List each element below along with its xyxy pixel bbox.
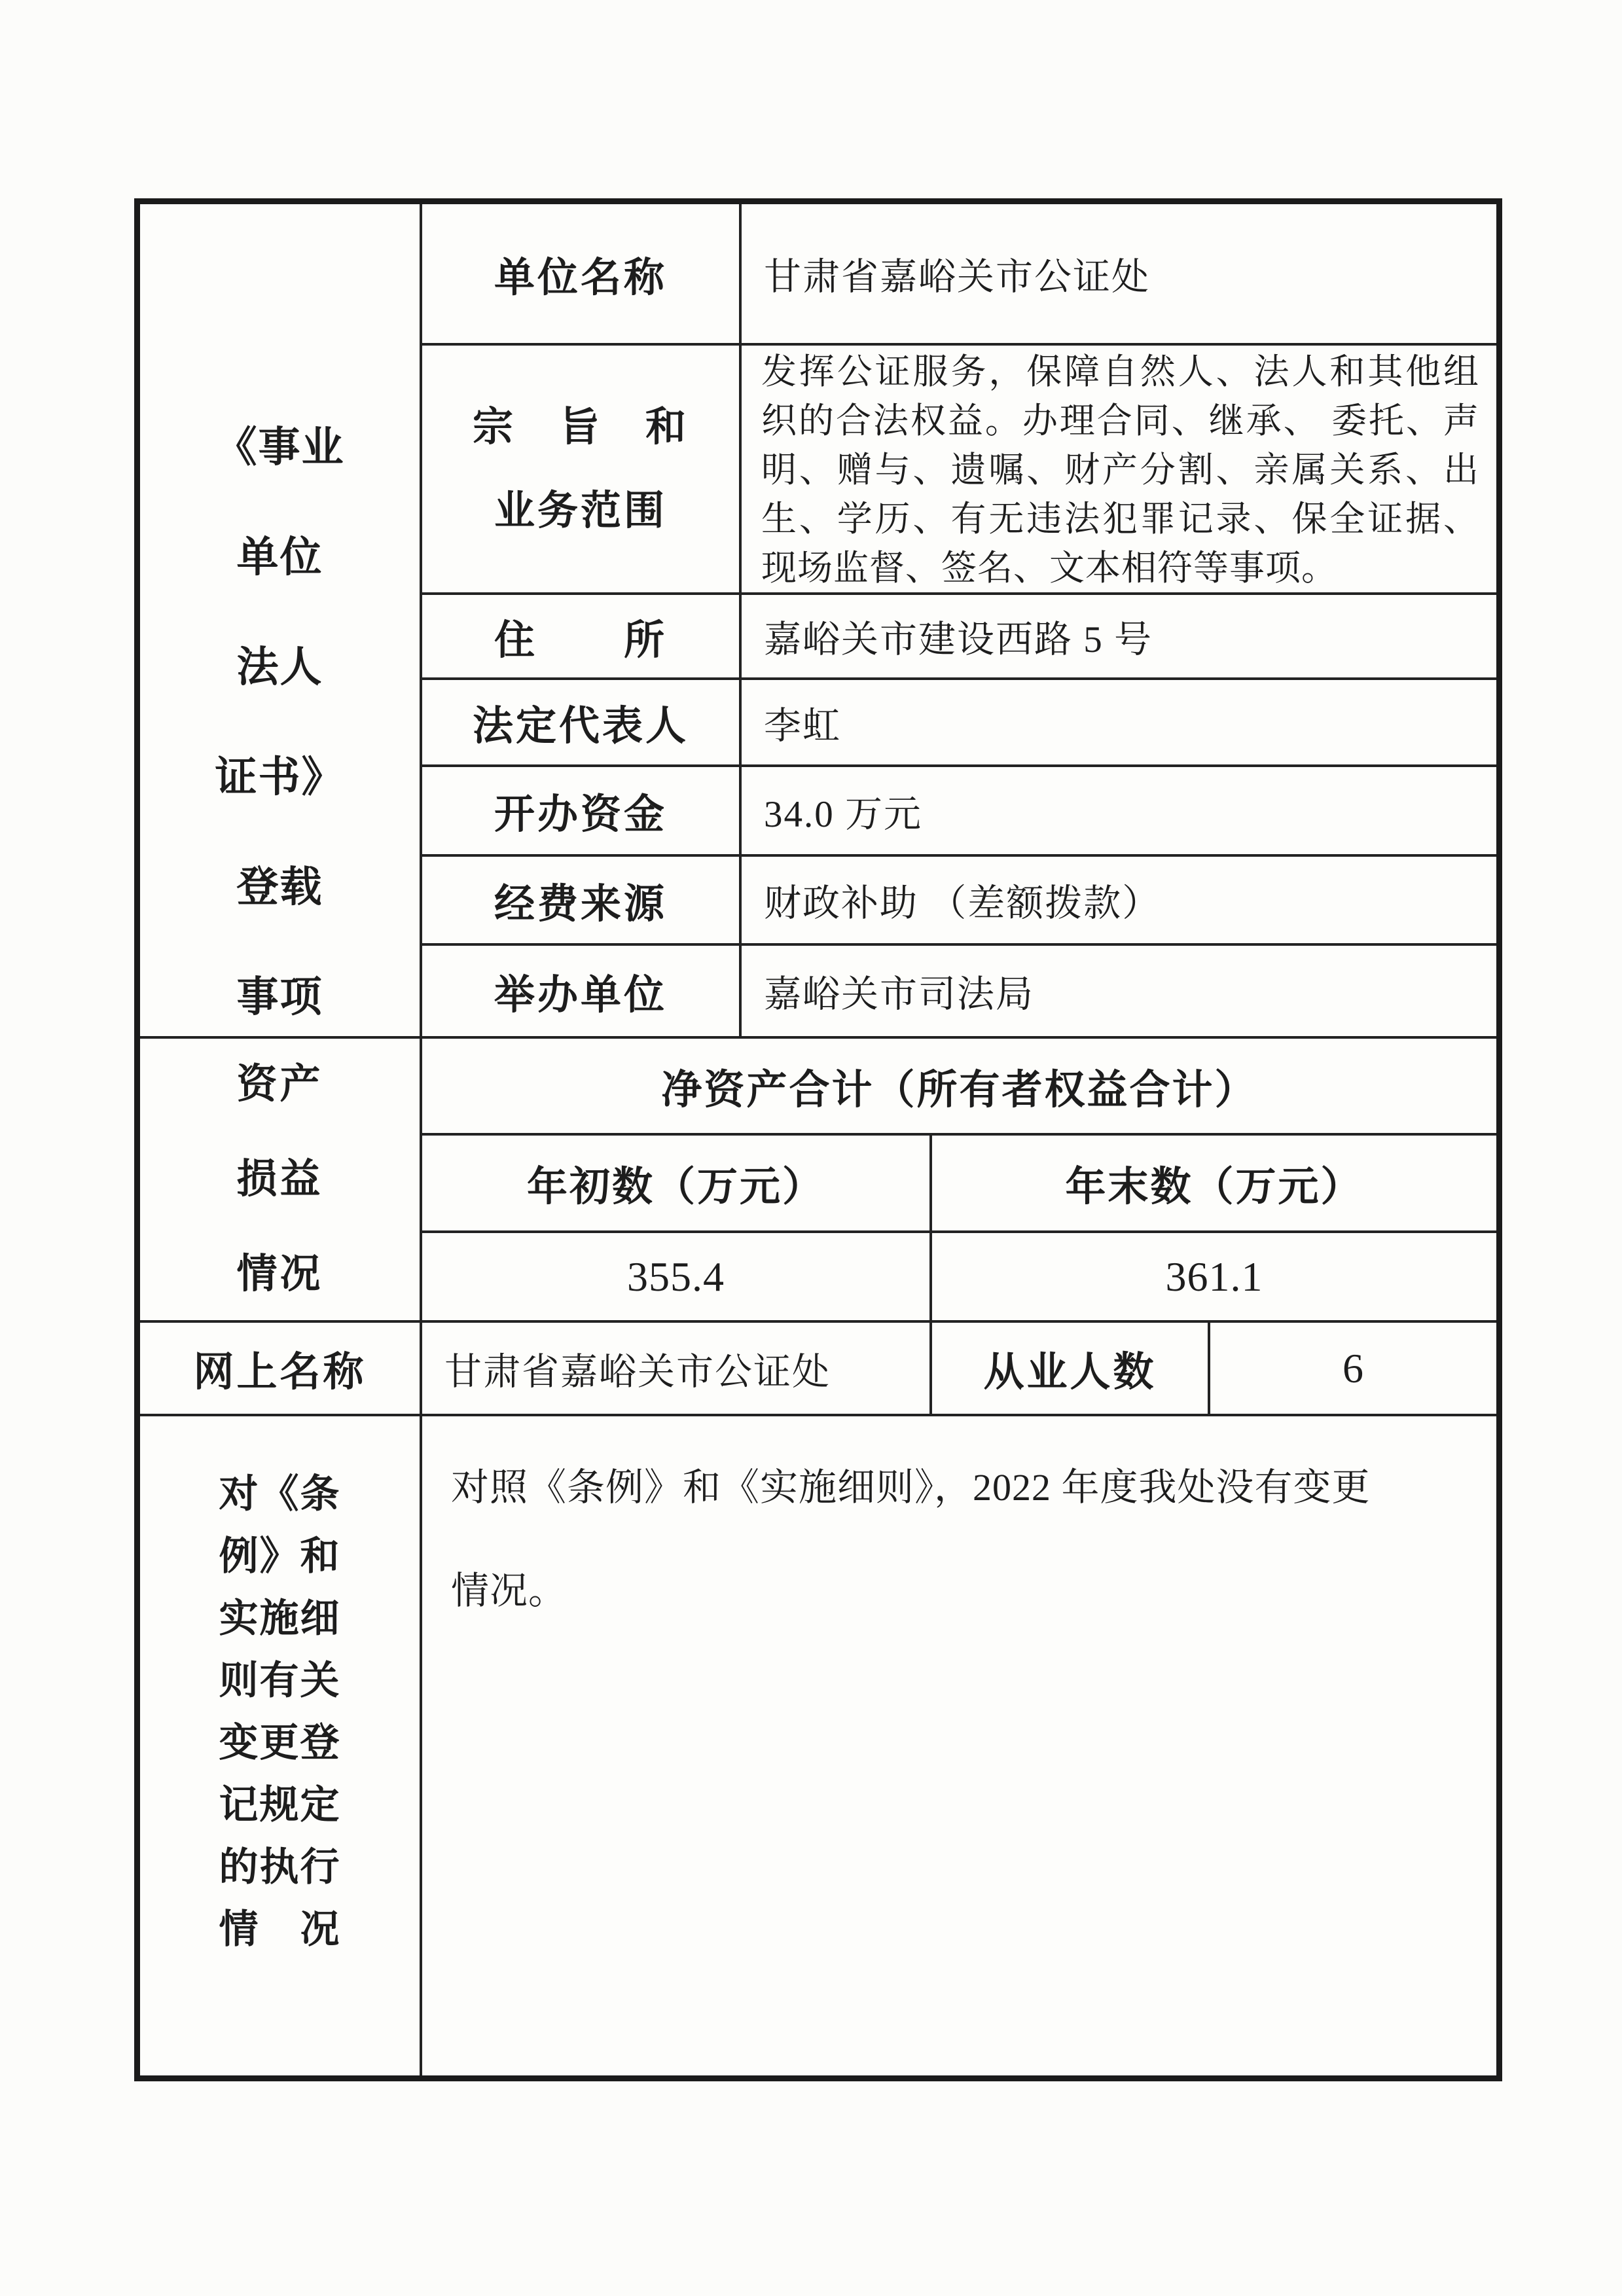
net-assets-header: 净资产合计（所有者权益合计） — [422, 1039, 1496, 1136]
legal-representative-value: 李虹 — [742, 680, 1496, 767]
side-label-line: 变更登 — [219, 1712, 341, 1774]
initial-fund-label: 开办资金 — [422, 767, 742, 857]
mission-scope-label-line: 宗 旨 和 — [473, 406, 689, 448]
mission-scope-text-line: 现场监督、签名、文本相符等事项。 — [761, 544, 1479, 593]
year-end-value: 361.1 — [932, 1233, 1496, 1323]
online-name-value: 甘肃省嘉峪关市公证处 — [422, 1323, 932, 1416]
sponsor-unit-label: 举办单位 — [422, 946, 742, 1039]
side-label-line: 记规定 — [219, 1774, 341, 1837]
side-label-line: 情况 — [236, 1227, 323, 1322]
unit-name-value: 甘肃省嘉峪关市公证处 — [742, 204, 1496, 346]
mission-scope-label: 宗 旨 和 业务范围 — [422, 346, 742, 595]
sponsor-unit-value: 嘉峪关市司法局 — [742, 946, 1496, 1039]
mission-scope-text-line: 生、学历、有无违法犯罪记录、保全证据、 — [761, 495, 1479, 544]
compliance-content: 对照《条例》和《实施细则》，2022 年度我处没有变更 情况。 — [422, 1416, 1496, 2075]
mission-scope-text-line: 发挥公证服务，保障自然人、法人和其他组 — [761, 348, 1479, 397]
mission-scope-value: 发挥公证服务，保障自然人、法人和其他组 织的合法权益。办理合同、继承、 委托、声… — [742, 346, 1496, 595]
side-label-line: 实施细 — [219, 1588, 341, 1650]
assets-side-label: 资产 损益 情况 — [140, 1039, 422, 1323]
staff-count-value: 6 — [1210, 1323, 1496, 1416]
compliance-side-label: 对《条 例》和 实施细 则有关 变更登 记规定 的执行 情 况 — [140, 1416, 422, 2075]
compliance-text-line: 情况。 — [451, 1539, 1470, 1643]
mission-scope-text-line: 织的合法权益。办理合同、继承、 委托、声 — [761, 397, 1479, 446]
unit-name-label: 单位名称 — [422, 204, 742, 346]
funding-source-value: 财政补助 （差额拨款） — [742, 857, 1496, 946]
side-label-line: 资产 — [236, 1039, 323, 1132]
year-end-header: 年末数（万元） — [932, 1136, 1496, 1233]
legal-representative-label: 法定代表人 — [422, 680, 742, 767]
side-label-line: 《事业 — [215, 393, 345, 503]
side-label-line: 法人 — [237, 613, 323, 723]
certificate-items-side-label: 《事业 单位 法人 证书》 登载 事项 — [140, 204, 422, 1039]
compliance-text-line: 对照《条例》和《实施细则》，2022 年度我处没有变更 — [451, 1436, 1470, 1539]
side-label-line: 事项 — [237, 942, 323, 1039]
funding-source-label: 经费来源 — [422, 857, 742, 946]
side-label-line: 情 况 — [219, 1899, 341, 1961]
year-start-header: 年初数（万元） — [422, 1136, 932, 1233]
mission-scope-label-line: 业务范围 — [494, 490, 667, 532]
initial-fund-value: 34.0 万元 — [742, 767, 1496, 857]
side-label-line: 损益 — [236, 1132, 323, 1227]
side-label-line: 则有关 — [219, 1650, 341, 1712]
document-page: 《事业 单位 法人 证书》 登载 事项 单位名称 甘肃省嘉峪关市公证处 宗 旨 … — [0, 0, 1622, 2296]
online-name-label: 网上名称 — [140, 1323, 422, 1416]
side-label-line: 证书》 — [215, 723, 345, 833]
side-label-line: 例》和 — [219, 1526, 341, 1588]
address-label: 住 所 — [422, 595, 742, 680]
side-label-line: 单位 — [237, 503, 323, 613]
side-label-line: 的执行 — [219, 1837, 341, 1899]
side-label-line: 对《条 — [219, 1463, 341, 1526]
side-label-line: 登载 — [237, 833, 323, 942]
year-start-value: 355.4 — [422, 1233, 932, 1323]
address-value: 嘉峪关市建设西路 5 号 — [742, 595, 1496, 680]
staff-count-label: 从业人数 — [932, 1323, 1210, 1416]
registration-table: 《事业 单位 法人 证书》 登载 事项 单位名称 甘肃省嘉峪关市公证处 宗 旨 … — [134, 198, 1502, 2081]
mission-scope-text-line: 明、赠与、遗嘱、财产分割、亲属关系、出 — [761, 446, 1479, 495]
